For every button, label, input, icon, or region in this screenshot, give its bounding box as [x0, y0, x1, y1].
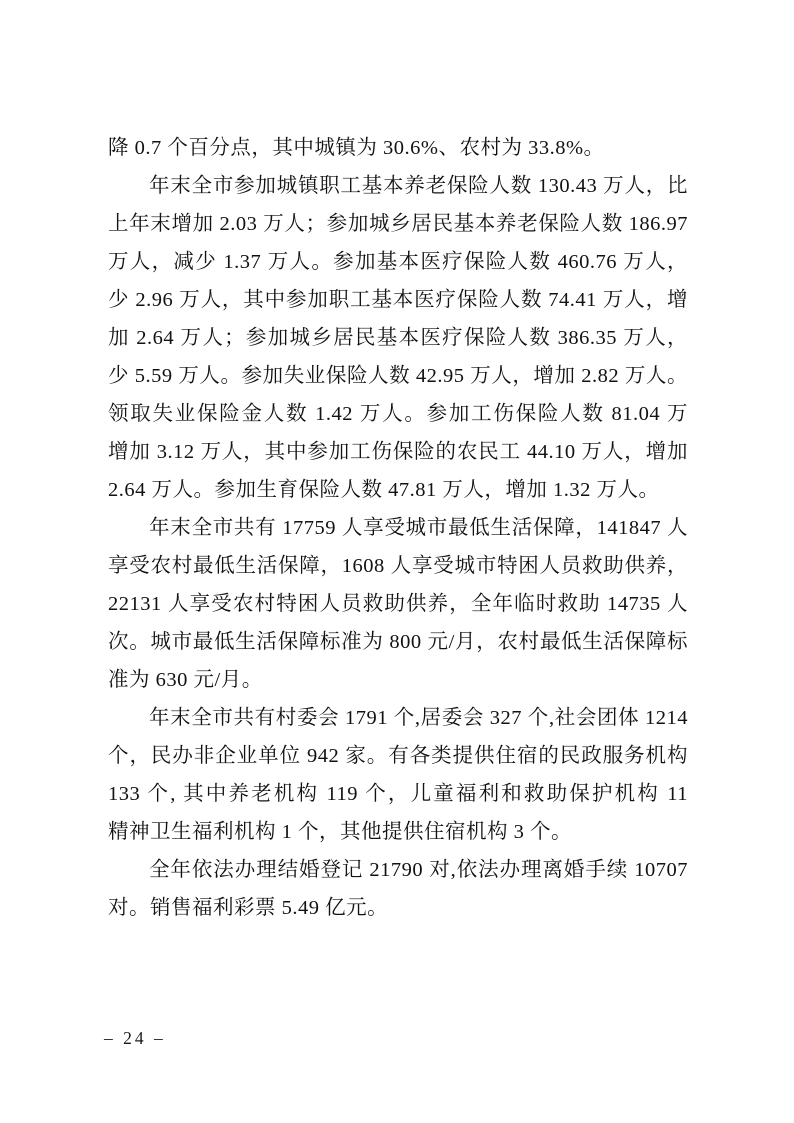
- text-line: 年末全市参加城镇职工基本养老保险人数 130.43 万人，比: [108, 167, 688, 205]
- text-line: 享受农村最低生活保障，1608 人享受城市特困人员救助供养，: [108, 547, 688, 585]
- text-line: 精神卫生福利机构 1 个，其他提供住宿机构 3 个。: [108, 813, 688, 851]
- paragraph: 年末全市参加城镇职工基本养老保险人数 130.43 万人，比上年末增加 2.03…: [108, 167, 688, 509]
- text-line: 次。城市最低生活保障标准为 800 元/月，农村最低生活保障标: [108, 623, 688, 661]
- text-line: 对。销售福利彩票 5.49 亿元。: [108, 889, 688, 927]
- document-body: 降 0.7 个百分点，其中城镇为 30.6%、农村为 33.8%。年末全市参加城…: [108, 129, 688, 927]
- text-line: 个，民办非企业单位 942 家。有各类提供住宿的民政服务机构: [108, 737, 688, 775]
- paragraph: 年末全市共有村委会 1791 个,居委会 327 个,社会团体 1214个，民办…: [108, 699, 688, 851]
- text-line: 降 0.7 个百分点，其中城镇为 30.6%、农村为 33.8%。: [108, 129, 688, 167]
- text-line: 2.64 万人。参加生育保险人数 47.81 万人，增加 1.32 万人。: [108, 471, 688, 509]
- text-line: 上年末增加 2.03 万人；参加城乡居民基本养老保险人数 186.97: [108, 205, 688, 243]
- text-line: 22131 人享受农村特困人员救助供养，全年临时救助 14735 人: [108, 585, 688, 623]
- text-line: 万人，减少 1.37 万人。参加基本医疗保险人数 460.76 万人，减: [108, 243, 688, 281]
- text-line: 年末全市共有村委会 1791 个,居委会 327 个,社会团体 1214: [108, 699, 688, 737]
- text-line: 少 2.96 万人，其中参加职工基本医疗保险人数 74.41 万人，增: [108, 281, 688, 319]
- text-line: 加 2.64 万人；参加城乡居民基本医疗保险人数 386.35 万人，减: [108, 319, 688, 357]
- text-line: 领取失业保险金人数 1.42 万人。参加工伤保险人数 81.04 万人，: [108, 395, 688, 433]
- paragraph: 全年依法办理结婚登记 21790 对,依法办理离婚手续 10707对。销售福利彩…: [108, 851, 688, 927]
- page-number: – 24 –: [104, 1028, 166, 1049]
- text-line: 年末全市共有 17759 人享受城市最低生活保障，141847 人: [108, 509, 688, 547]
- paragraph: 年末全市共有 17759 人享受城市最低生活保障，141847 人享受农村最低生…: [108, 509, 688, 699]
- text-line: 全年依法办理结婚登记 21790 对,依法办理离婚手续 10707: [108, 851, 688, 889]
- text-line: 133 个, 其中养老机构 119 个，儿童福利和救助保护机构 11 个，: [108, 775, 688, 813]
- text-line: 增加 3.12 万人，其中参加工伤保险的农民工 44.10 万人，增加: [108, 433, 688, 471]
- paragraph: 降 0.7 个百分点，其中城镇为 30.6%、农村为 33.8%。: [108, 129, 688, 167]
- text-line: 少 5.59 万人。参加失业保险人数 42.95 万人，增加 2.82 万人。: [108, 357, 688, 395]
- document-page: 降 0.7 个百分点，其中城镇为 30.6%、农村为 33.8%。年末全市参加城…: [0, 0, 794, 1123]
- text-line: 准为 630 元/月。: [108, 661, 688, 699]
